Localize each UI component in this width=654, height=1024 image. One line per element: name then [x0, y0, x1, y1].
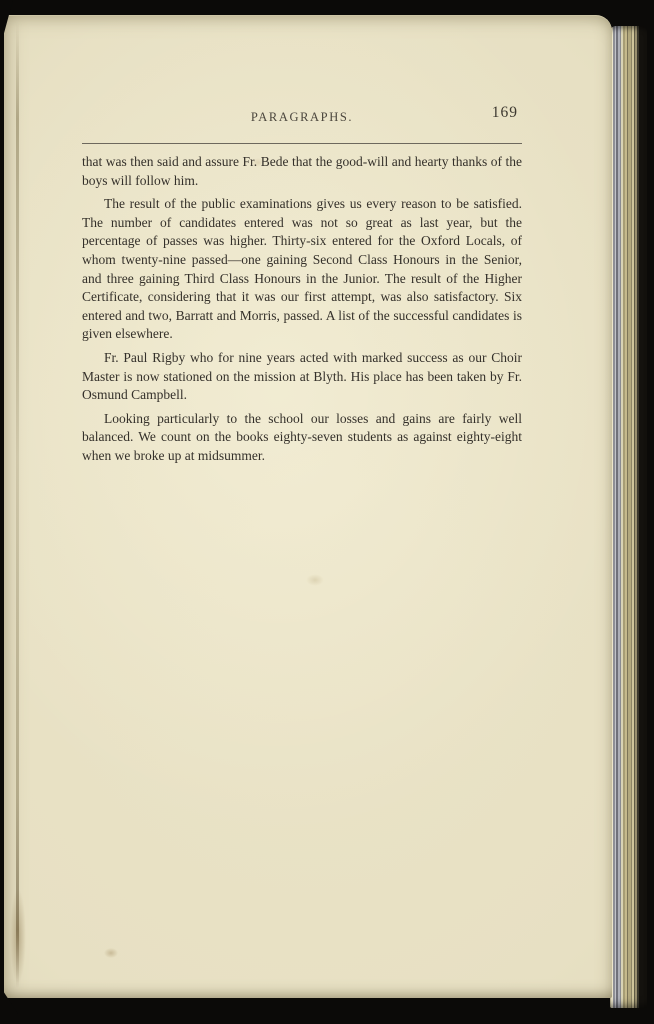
paragraph: The result of the public examinations gi… [82, 195, 522, 344]
paragraph: Looking particularly to the school our l… [82, 410, 522, 466]
body-text: that was then said and assure Fr. Bede t… [82, 153, 522, 466]
paragraph: Fr. Paul Rigby who for nine years acted … [82, 349, 522, 405]
paragraph: that was then said and assure Fr. Bede t… [82, 153, 522, 190]
scanned-book-photo: PARAGRAPHS. 169 that was then said and a… [0, 0, 654, 1024]
printed-content: PARAGRAPHS. 169 that was then said and a… [82, 108, 522, 466]
page-title: PARAGRAPHS. [251, 110, 353, 124]
book-page: PARAGRAPHS. 169 that was then said and a… [4, 15, 612, 998]
page-number: 169 [492, 104, 518, 122]
stain [104, 948, 118, 958]
stain [306, 574, 324, 586]
running-header: PARAGRAPHS. 169 [82, 108, 522, 128]
header-rule [82, 143, 522, 144]
page-edge-stack [610, 26, 647, 1008]
binding-crease [16, 22, 19, 988]
